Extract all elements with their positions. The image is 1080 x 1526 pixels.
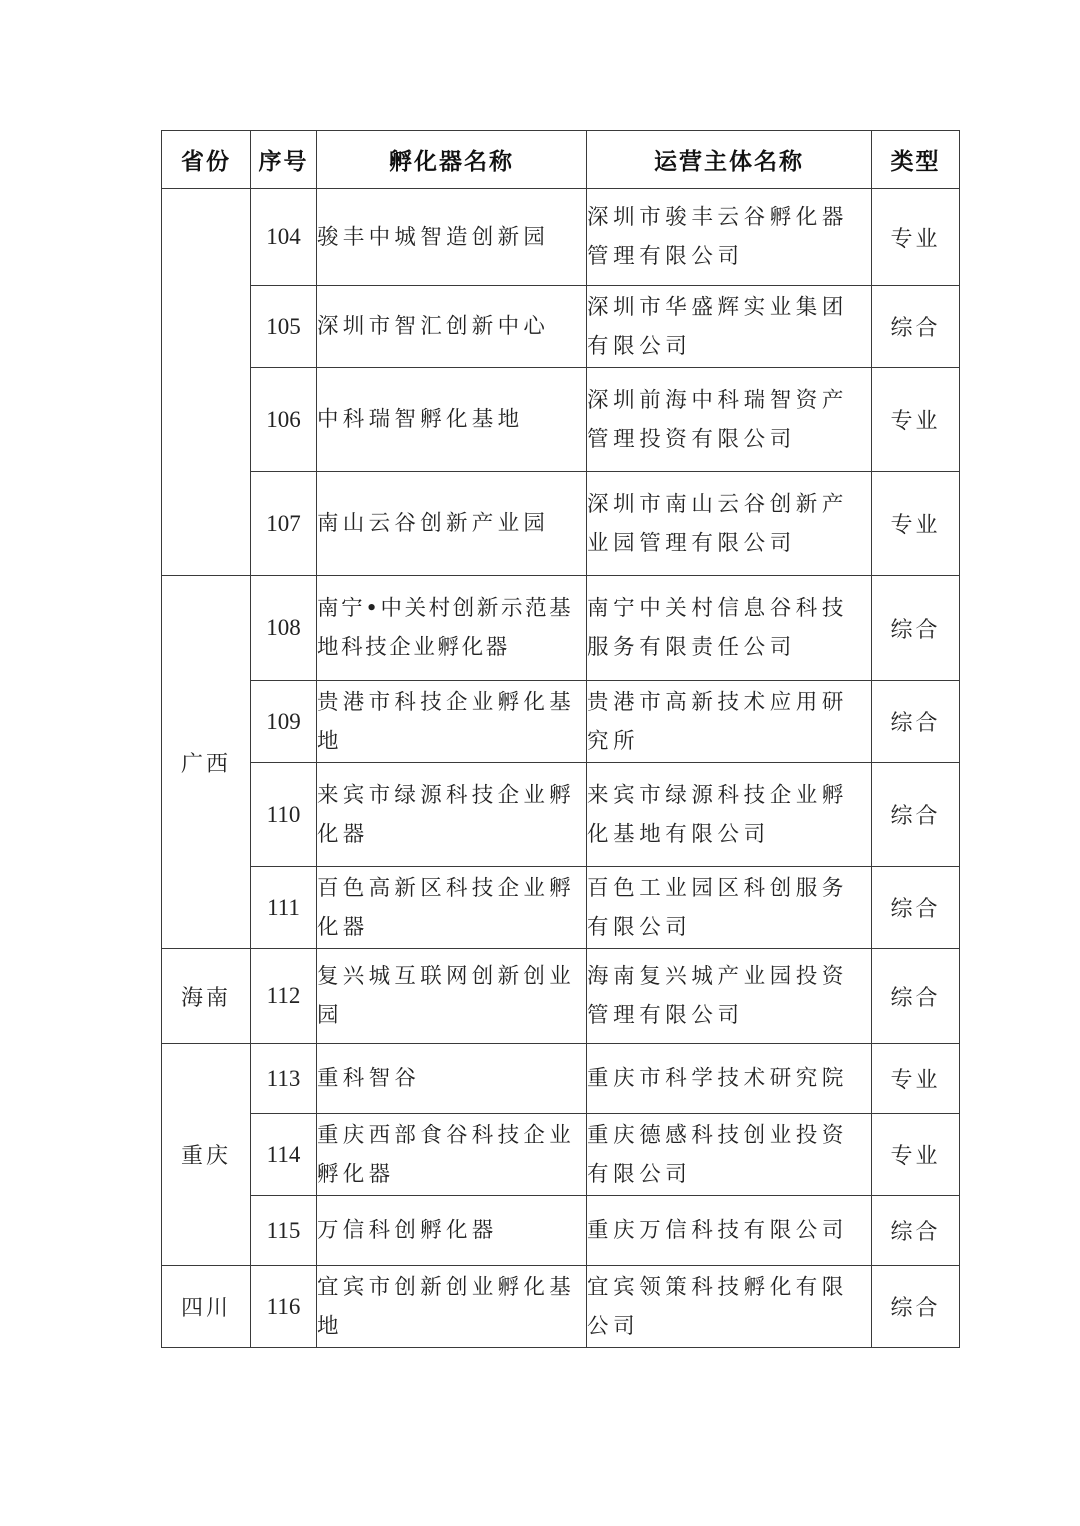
operator-name-cell: 来宾市绿源科技企业孵化基地有限公司 [587,763,872,867]
incubator-name-cell: 重庆西部食谷科技企业孵化器 [317,1114,587,1196]
type-cell: 专业 [872,368,960,472]
type-cell: 综合 [872,286,960,368]
province-cell [162,189,251,576]
operator-name-cell: 深圳市南山云谷创新产业园管理有限公司 [587,472,872,576]
operator-name-cell: 百色工业园区科创服务有限公司 [587,867,872,949]
incubator-name-cell: 百色高新区科技企业孵化器 [317,867,587,949]
document-page: 省份 序号 孵化器名称 运营主体名称 类型 104 骏丰中城智造创新园 深圳市骏… [0,0,1080,1526]
incubator-name-cell: 宜宾市创新创业孵化基地 [317,1266,587,1348]
type-cell: 专业 [872,1114,960,1196]
incubator-name-cell: 贵港市科技企业孵化基地 [317,681,587,763]
type-cell: 专业 [872,189,960,286]
operator-name-cell: 深圳市华盛辉实业集团有限公司 [587,286,872,368]
operator-name-cell: 贵港市高新技术应用研究所 [587,681,872,763]
incubator-name-cell: 复兴城互联网创新创业园 [317,949,587,1044]
table-row: 115 万信科创孵化器 重庆万信科技有限公司 综合 [162,1196,960,1266]
province-cell: 四川 [162,1266,251,1348]
serial-no-cell: 105 [251,286,317,368]
table-row: 111 百色高新区科技企业孵化器 百色工业园区科创服务有限公司 综合 [162,867,960,949]
table-row: 104 骏丰中城智造创新园 深圳市骏丰云谷孵化器管理有限公司 专业 [162,189,960,286]
operator-name-cell: 海南复兴城产业园投资管理有限公司 [587,949,872,1044]
serial-no-cell: 114 [251,1114,317,1196]
serial-no-cell: 111 [251,867,317,949]
incubator-name-cell: 万信科创孵化器 [317,1196,587,1266]
type-cell: 综合 [872,763,960,867]
province-cell: 广西 [162,576,251,949]
table-row: 105 深圳市智汇创新中心 深圳市华盛辉实业集团有限公司 综合 [162,286,960,368]
operator-name-cell: 重庆万信科技有限公司 [587,1196,872,1266]
serial-no-cell: 106 [251,368,317,472]
table-row: 107 南山云谷创新产业园 深圳市南山云谷创新产业园管理有限公司 专业 [162,472,960,576]
header-incubator-name: 孵化器名称 [317,131,587,189]
header-serial-no: 序号 [251,131,317,189]
type-cell: 综合 [872,681,960,763]
type-cell: 综合 [872,867,960,949]
serial-no-cell: 113 [251,1044,317,1114]
table-header-row: 省份 序号 孵化器名称 运营主体名称 类型 [162,131,960,189]
operator-name-cell: 重庆德感科技创业投资有限公司 [587,1114,872,1196]
header-type: 类型 [872,131,960,189]
incubator-name-cell: 重科智谷 [317,1044,587,1114]
serial-no-cell: 109 [251,681,317,763]
serial-no-cell: 104 [251,189,317,286]
operator-name-cell: 深圳市骏丰云谷孵化器管理有限公司 [587,189,872,286]
province-cell: 海南 [162,949,251,1044]
type-cell: 专业 [872,1044,960,1114]
type-cell: 综合 [872,949,960,1044]
operator-name-cell: 重庆市科学技术研究院 [587,1044,872,1114]
serial-no-cell: 108 [251,576,317,681]
incubator-table: 省份 序号 孵化器名称 运营主体名称 类型 104 骏丰中城智造创新园 深圳市骏… [161,130,960,1348]
province-cell: 重庆 [162,1044,251,1266]
operator-name-cell: 深圳前海中科瑞智资产管理投资有限公司 [587,368,872,472]
operator-name-cell: 宜宾领策科技孵化有限公司 [587,1266,872,1348]
header-operator-name: 运营主体名称 [587,131,872,189]
incubator-name-cell: 南宁•中关村创新示范基地科技企业孵化器 [317,576,587,681]
incubator-name-cell: 南山云谷创新产业园 [317,472,587,576]
table-row: 广西 108 南宁•中关村创新示范基地科技企业孵化器 南宁中关村信息谷科技服务有… [162,576,960,681]
type-cell: 综合 [872,576,960,681]
table-row: 重庆 113 重科智谷 重庆市科学技术研究院 专业 [162,1044,960,1114]
serial-no-cell: 115 [251,1196,317,1266]
serial-no-cell: 116 [251,1266,317,1348]
incubator-name-cell: 中科瑞智孵化基地 [317,368,587,472]
serial-no-cell: 107 [251,472,317,576]
serial-no-cell: 112 [251,949,317,1044]
table-row: 海南 112 复兴城互联网创新创业园 海南复兴城产业园投资管理有限公司 综合 [162,949,960,1044]
header-province: 省份 [162,131,251,189]
type-cell: 专业 [872,472,960,576]
incubator-name-cell: 来宾市绿源科技企业孵化器 [317,763,587,867]
serial-no-cell: 110 [251,763,317,867]
type-cell: 综合 [872,1196,960,1266]
incubator-name-cell: 深圳市智汇创新中心 [317,286,587,368]
table-row: 110 来宾市绿源科技企业孵化器 来宾市绿源科技企业孵化基地有限公司 综合 [162,763,960,867]
operator-name-cell: 南宁中关村信息谷科技服务有限责任公司 [587,576,872,681]
table-row: 114 重庆西部食谷科技企业孵化器 重庆德感科技创业投资有限公司 专业 [162,1114,960,1196]
type-cell: 综合 [872,1266,960,1348]
incubator-name-cell: 骏丰中城智造创新园 [317,189,587,286]
table-row: 109 贵港市科技企业孵化基地 贵港市高新技术应用研究所 综合 [162,681,960,763]
table-row: 四川 116 宜宾市创新创业孵化基地 宜宾领策科技孵化有限公司 综合 [162,1266,960,1348]
table-row: 106 中科瑞智孵化基地 深圳前海中科瑞智资产管理投资有限公司 专业 [162,368,960,472]
